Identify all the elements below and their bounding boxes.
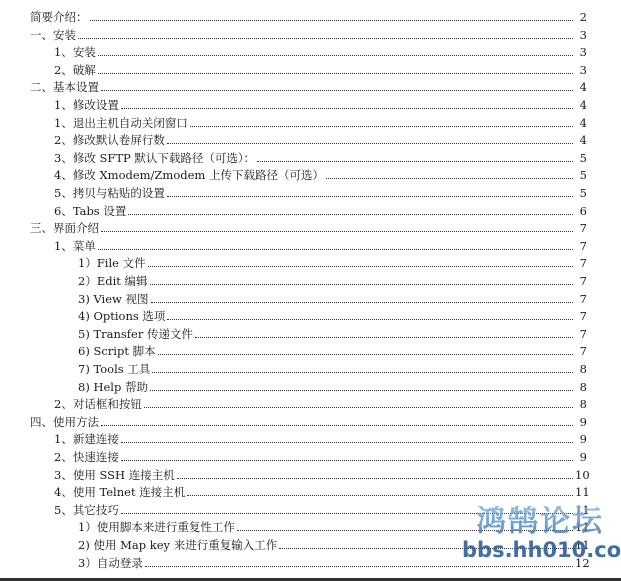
toc-entry[interactable]: 3）自动登录12 [78, 550, 587, 570]
toc-entry-label: 3）自动登录 [78, 556, 145, 570]
toc-entry-page: 12 [573, 556, 587, 570]
dot-leader [145, 566, 573, 567]
